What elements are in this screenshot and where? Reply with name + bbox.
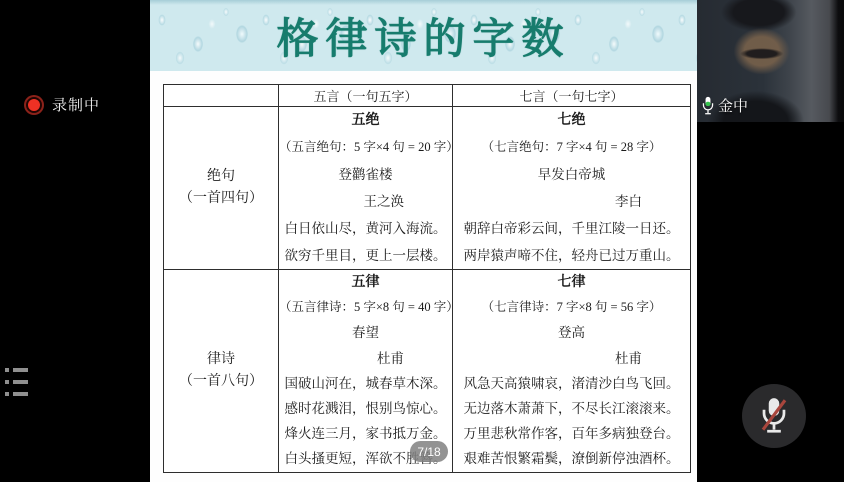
poem-author: 杜甫 [453, 346, 690, 371]
page-indicator: 7/18 [410, 441, 448, 462]
participant-label: 金中 [701, 95, 748, 116]
meeting-window: 录制中 格律诗的字数 五言（一句五字） 七言（一句七字） 绝句 （一首四句） [0, 0, 844, 482]
poem-title: 登高 [453, 320, 690, 345]
rowhead-line: （一首八句） [164, 371, 278, 393]
presentation-slide: 格律诗的字数 五言（一句五字） 七言（一句七字） 绝句 （一首四句） 五绝 （五… [150, 0, 697, 482]
cell-formula: （五言律诗：5 字×8 句 = 40 字） [279, 295, 452, 320]
rowhead-lvshi: 律诗 （一首八句） [164, 270, 279, 473]
poem-title: 登鹳雀楼 [279, 161, 452, 188]
poem-line: 无边落木萧萧下，不尽长江滚滚来。 [453, 396, 690, 421]
participant-name: 金中 [718, 95, 748, 116]
table-header-row: 五言（一句五字） 七言（一句七字） [164, 85, 691, 107]
cell-form-name: 五绝 [279, 107, 452, 134]
poem-title: 早发白帝城 [453, 161, 690, 188]
cell-qijue: 七绝 （七言绝句：7 字×4 句 = 28 字） 早发白帝城 李白 朝辞白帝彩云… [453, 107, 691, 270]
cell-form-name: 五律 [279, 270, 452, 295]
poem-line: 朝辞白帝彩云间，千里江陵一日还。 [453, 215, 690, 242]
record-dot-icon [28, 99, 40, 111]
rowhead-line: （一首四句） [164, 188, 278, 210]
poem-line: 风急天高猿啸哀，渚清沙白鸟飞回。 [453, 371, 690, 396]
microphone-mute-button[interactable] [742, 384, 806, 448]
poem-line: 白日依山尽，黄河入海流。 [279, 215, 452, 242]
recording-indicator: 录制中 [28, 94, 100, 115]
slide-list-icon[interactable] [5, 368, 31, 396]
poem-line: 感时花溅泪，恨别鸟惊心。 [279, 396, 452, 421]
poem-line: 国破山河在，城春草木深。 [279, 371, 452, 396]
cell-formula: （五言绝句：5 字×4 句 = 20 字） [279, 134, 452, 161]
cell-form-name: 七绝 [453, 107, 690, 134]
webcam-tile[interactable]: 金中 [697, 0, 844, 122]
poem-author: 李白 [453, 188, 690, 215]
mic-muted-icon [756, 395, 792, 437]
slide-title-banner: 格律诗的字数 [150, 0, 697, 71]
poem-author: 杜甫 [279, 346, 452, 371]
poem-line: 万里悲秋常作客，百年多病独登台。 [453, 421, 690, 446]
table-row-jueju: 绝句 （一首四句） 五绝 （五言绝句：5 字×4 句 = 20 字） 登鹳雀楼 … [164, 107, 691, 270]
cell-formula: （七言绝句：7 字×4 句 = 28 字） [453, 134, 690, 161]
slide-title: 格律诗的字数 [276, 6, 570, 66]
header-wuyan: 五言（一句五字） [279, 85, 453, 107]
poem-table: 五言（一句五字） 七言（一句七字） 绝句 （一首四句） 五绝 （五言绝句：5 字… [163, 84, 691, 473]
poem-line: 艰难苦恨繁霜鬓，潦倒新停浊酒杯。 [453, 446, 690, 471]
header-qiyan: 七言（一句七字） [453, 85, 691, 107]
poem-title: 春望 [279, 320, 452, 345]
rowhead-line: 律诗 [164, 349, 278, 371]
cell-formula: （七言律诗：7 字×8 句 = 56 字） [453, 295, 690, 320]
poem-author: 王之涣 [279, 188, 452, 215]
header-empty-cell [164, 85, 279, 107]
mic-icon [701, 96, 715, 116]
poem-line: 欲穷千里目，更上一层楼。 [279, 242, 452, 269]
rowhead-jueju: 绝句 （一首四句） [164, 107, 279, 270]
cell-wujue: 五绝 （五言绝句：5 字×4 句 = 20 字） 登鹳雀楼 王之涣 白日依山尽，… [279, 107, 453, 270]
cell-form-name: 七律 [453, 270, 690, 295]
poem-line: 两岸猿声啼不住，轻舟已过万重山。 [453, 242, 690, 269]
recording-label: 录制中 [52, 94, 100, 115]
cell-qilv: 七律 （七言律诗：7 字×8 句 = 56 字） 登高 杜甫 风急天高猿啸哀，渚… [453, 270, 691, 473]
rowhead-line: 绝句 [164, 166, 278, 188]
